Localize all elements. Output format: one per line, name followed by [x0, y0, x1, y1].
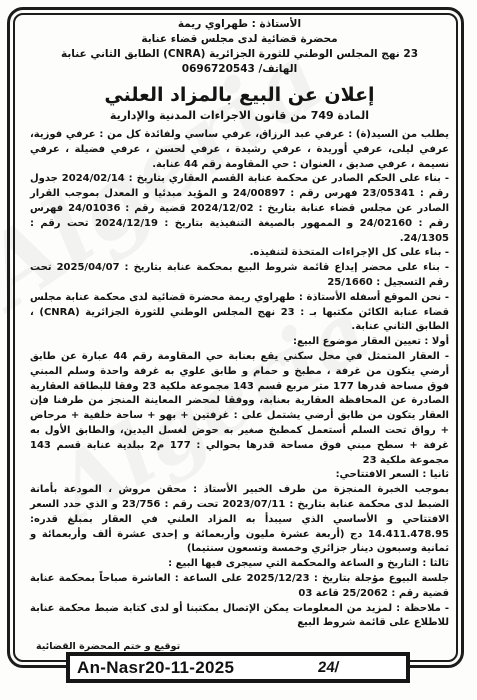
judgment-paragraph: - بناء على الحكم الصادر عن محكمة عنابة ا… — [30, 172, 449, 246]
opening-price-paragraph: بموجب الخبرة المنجزة من طرف الخبير الأست… — [30, 483, 449, 557]
parties-paragraph: يطلب من السيد(ة) : عرفي عبد الرزاق، عرفي… — [30, 128, 449, 172]
page-reference-label: 24/ — [317, 659, 340, 676]
newspaper-reference-bar: An-Nasr20-11-2025 24/ — [66, 652, 410, 683]
section-third-heading: ثالثا : التاريخ و الساعة والمحكمة التي س… — [30, 557, 449, 572]
bailiff-declaration-paragraph: - نحن الموقع أسفله الأستاذة : طهراوي ريم… — [30, 291, 449, 335]
section-first-heading: أولا : تعيين العقار موضوع البيع: — [30, 335, 449, 350]
note-paragraph: - ملاحظة : لمزيد من المعلومات يمكن الإتص… — [30, 602, 449, 632]
deposit-paragraph: - بناء على محضر إيداع قائمة شروط البيع ب… — [30, 261, 449, 291]
bailiff-name-line: الأستاذة : طهراوي ريمة — [30, 17, 449, 32]
page-title: إعلان عن البيع بالمزاد العلني — [30, 84, 449, 106]
bailiff-role-line: محضرة قضائية لدى مجلس قضاء عنابة — [30, 32, 449, 47]
signature-line: توقيع و ختم المحضرة القضائية — [30, 641, 449, 652]
notice-document: الأستاذة : طهراوي ريمة محضرة قضائية لدى … — [30, 17, 449, 652]
property-description-paragraph: - العقار المتمثل في محل سكني يقع بعنابة … — [30, 350, 449, 468]
newspaper-date-label: An-Nasr20-11-2025 — [70, 658, 234, 678]
phone-line: الهاتف/ 0696720543 — [30, 62, 449, 77]
auction-session-paragraph: جلسة البيوع مؤجلة بتاريخ : 2025/12/23 عل… — [30, 572, 449, 602]
legal-article-subtitle: المادة 749 من قانون الاجراءات المدنية وا… — [30, 109, 449, 123]
office-address-line: 23 نهج المجلس الوطني للثورة الجزائرية (C… — [30, 47, 449, 62]
section-second-heading: ثانيا : السعر الافتتاحي: — [30, 468, 449, 483]
procedures-paragraph: - بناء على كل الإجراءات المتخذة لتنفيذه. — [30, 246, 449, 261]
